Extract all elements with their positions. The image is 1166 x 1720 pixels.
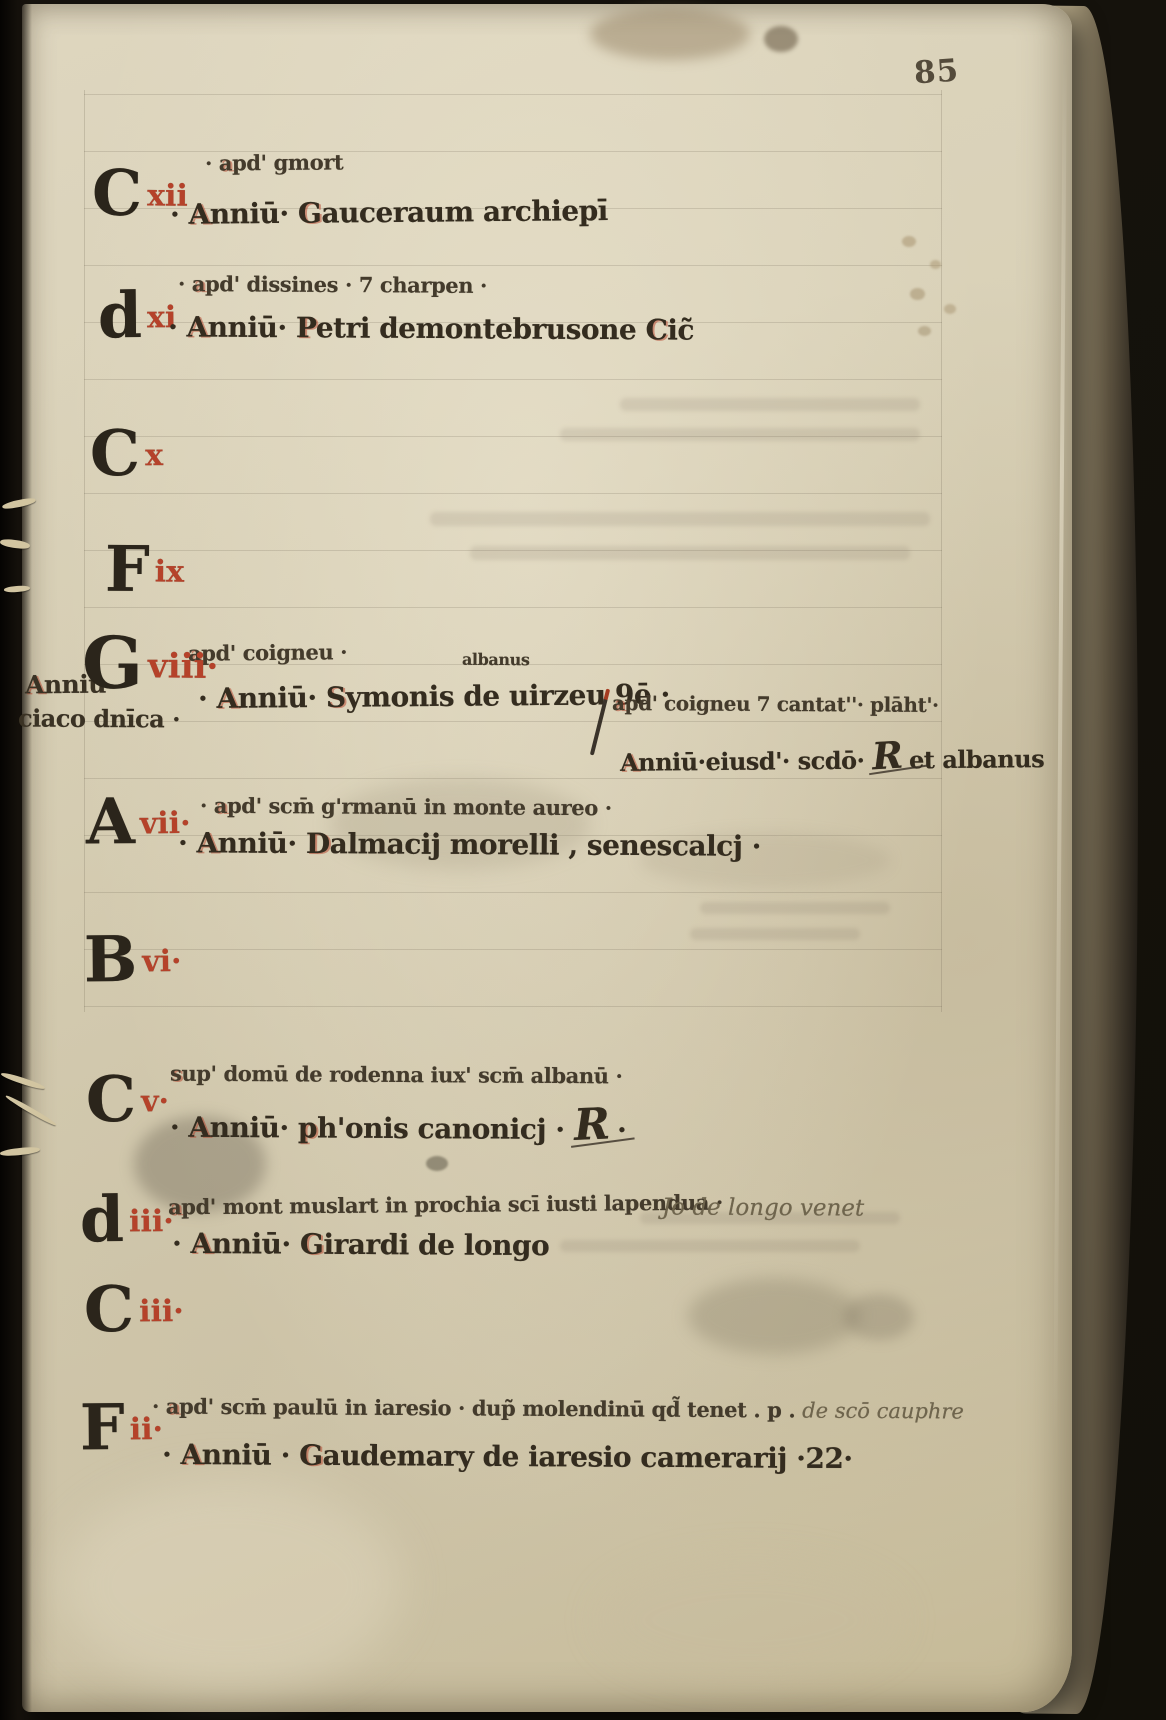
text-segment: A [190, 1227, 211, 1260]
text-segment: G [82, 621, 143, 705]
entry-text: · Anniū· Girardi de longo [172, 1227, 549, 1262]
text-segment: a [166, 1394, 179, 1419]
text-segment: etri demontebrusone [316, 311, 646, 346]
text-segment: a [214, 793, 227, 818]
text-segment: p [298, 1111, 317, 1144]
text-segment: A [188, 1111, 209, 1144]
text-segment: ix [155, 555, 185, 590]
text-segment: iii· [139, 1294, 184, 1329]
text-segment: · [178, 826, 197, 859]
text-segment: · [200, 793, 214, 818]
text-segment: C [645, 313, 667, 346]
text-segment: pd' mont muslart in prochia scī iusti la… [181, 1190, 723, 1220]
text-segment: nniū· [210, 197, 299, 231]
text-segment: A [186, 311, 207, 344]
entry-text: · Anniū· ph'onis canonicj · R · [170, 1097, 627, 1151]
stain [844, 1294, 914, 1340]
text-segment: irardi de longo [323, 1228, 549, 1262]
entry-initial: Bvi· [84, 942, 182, 982]
text-segment: vi· [142, 944, 182, 979]
text-segment: R [573, 1098, 609, 1151]
text-segment: albanus [462, 650, 530, 669]
text-segment: · [178, 271, 192, 296]
text-segment: pd' scm̄ paulū in iaresio · dup̃ molendi… [179, 1394, 802, 1423]
erased-text-ghost [470, 546, 910, 560]
ruling-vline-right [941, 90, 942, 1012]
text-segment: nniū· [208, 311, 296, 345]
text-segment: S [326, 681, 346, 714]
manuscript-photo: 85 · apd' gmort Cxii · Anniū· Gauceraum … [0, 0, 1166, 1720]
text-segment: G [298, 197, 322, 230]
text-segment: B [84, 922, 138, 996]
text-segment: C [86, 1062, 137, 1136]
text-segment: F [80, 1390, 125, 1464]
text-segment: · [170, 1111, 189, 1144]
entry-heading: sup' domū de rodenna iux' scm̄ albanū · [170, 1061, 623, 1089]
text-segment: nniū· [210, 1111, 298, 1145]
entry-text: · Anniū · Gaudemary de iaresio camerarij… [162, 1438, 853, 1475]
erased-text-ghost [560, 428, 920, 441]
text-segment: up' domū de rodenna iux' scm̄ albanū · [181, 1061, 622, 1089]
text-segment: · [162, 1438, 181, 1471]
erased-text-ghost [560, 1240, 860, 1252]
entry-initial: Cv· [86, 1082, 169, 1122]
erased-text-ghost [700, 902, 890, 914]
entry-initial: Avii· [86, 804, 191, 844]
text-segment: C [92, 156, 143, 230]
entry-heading: · apd' dissines · 7 charpen · [178, 271, 487, 298]
text-segment: ii· [130, 1412, 164, 1447]
text-segment: P [296, 311, 316, 344]
entry-initial: Fix [105, 552, 184, 592]
entry-heading-right: apd' coigneu 7 cantat''· plāht'· [612, 691, 939, 717]
interline-note: albanus [462, 650, 530, 669]
text-segment: v· [141, 1084, 169, 1119]
entry-initial: diii· [80, 1202, 174, 1242]
text-segment: A [196, 826, 217, 859]
text-segment: auceraum archiepī [321, 194, 608, 229]
stain [910, 288, 925, 300]
text-segment: ic̃ [667, 313, 694, 346]
text-segment: nniū·eiusd'· scdō· [638, 746, 872, 777]
text-segment: · [205, 150, 219, 175]
text-segment: pd' scm̄ g'rmanū in monte aureo · [227, 793, 612, 820]
cursive-note: Jo de longo venet [662, 1193, 864, 1221]
text-segment: x [145, 438, 163, 473]
entry-initial: dxi [98, 298, 177, 338]
entry-heading: · apd' scm̄ paulū in iaresio · dup̃ mole… [152, 1394, 964, 1424]
entry-text: · Anniū· Petri demontebrusone Cic̃ [168, 310, 694, 346]
text-segment: viii· [148, 646, 219, 686]
text-segment: C [84, 1272, 135, 1346]
text-segment: A [620, 748, 638, 777]
entry-text: · Anniū· Gauceraum archiepī [170, 194, 608, 231]
binding-edge [0, 0, 32, 1720]
entry-heading: · apd' scm̄ g'rmanū in monte aureo · [200, 793, 612, 821]
text-segment: R [871, 733, 903, 779]
stain [944, 304, 956, 314]
text-segment: nniū· [218, 826, 306, 860]
text-segment: G [300, 1228, 324, 1261]
stain [590, 8, 750, 60]
worn-patch [600, 1560, 900, 1680]
entry-heading: apd' mont muslart in prochia scī iusti l… [168, 1190, 723, 1220]
text-segment: A [25, 670, 44, 699]
text-segment: nniū· [212, 1227, 300, 1261]
text-segment: de scō cauphre [802, 1398, 964, 1423]
text-segment: nniū · [202, 1438, 300, 1472]
text-segment: · [170, 198, 189, 231]
text-segment: · [168, 310, 187, 343]
text-segment: nniū· [238, 681, 327, 715]
stain [688, 1278, 860, 1354]
text-segment: G [299, 1439, 323, 1472]
text-segment: ciaco dnīca · [18, 704, 180, 734]
text-segment: a [612, 691, 625, 715]
text-segment: pd' gmort [232, 149, 343, 175]
text-segment: · [198, 682, 217, 715]
text-segment: A [86, 784, 136, 858]
entry-text-right: Anniū·eiusd'· scdō· R et albanus [620, 732, 1045, 780]
text-segment: et albanus [901, 744, 1044, 774]
text-segment: almacij morelli , senescalcj · [330, 827, 761, 863]
text-segment: F [105, 532, 150, 606]
text-segment: d [98, 278, 143, 352]
stain [764, 26, 798, 52]
entry-initial: Cx [90, 436, 163, 476]
text-segment: D [306, 827, 330, 860]
margin-note: ciaco dnīca · [18, 704, 180, 734]
entry-text: · Anniū· Dalmacij morelli , senescalcj · [178, 826, 761, 863]
text-segment: a [219, 150, 232, 175]
text-segment: A [216, 682, 238, 715]
text-segment: pd' dissines · 7 charpen · [205, 271, 487, 298]
text-segment: A [188, 198, 210, 231]
text-segment: h'onis canonicj · [317, 1112, 574, 1147]
text-segment: a [192, 271, 205, 296]
stain [930, 260, 941, 269]
text-segment: iii· [129, 1204, 174, 1239]
erased-text-ghost [620, 398, 920, 411]
entry-initial: Fii· [80, 1410, 163, 1450]
entry-text: · Anniū· Symonis de uirzeu 9ē · [198, 678, 670, 715]
stain [918, 326, 931, 336]
text-segment: d [80, 1182, 125, 1256]
entry-heading: · apd' gmort [205, 149, 343, 175]
text-segment: audemary de iaresio camerarij ·22· [323, 1439, 853, 1475]
worn-patch [60, 1480, 400, 1690]
text-segment: s [170, 1061, 182, 1086]
entry-initial: Ciii· [84, 1292, 184, 1332]
stain [426, 1156, 448, 1171]
erased-text-ghost [430, 512, 930, 526]
stain [902, 236, 916, 247]
text-segment: pd' coigneu · [201, 639, 347, 665]
text-segment: A [180, 1438, 201, 1471]
folio-number: 85 [913, 52, 961, 91]
text-segment: · [172, 1227, 191, 1260]
text-segment: Jo de longo venet [662, 1194, 864, 1221]
text-segment: C [90, 416, 141, 490]
text-segment: pd' coigneu 7 cantat''· plāht'· [624, 691, 938, 717]
ruling-vline-left [84, 90, 85, 1012]
erased-text-ghost [690, 928, 860, 940]
